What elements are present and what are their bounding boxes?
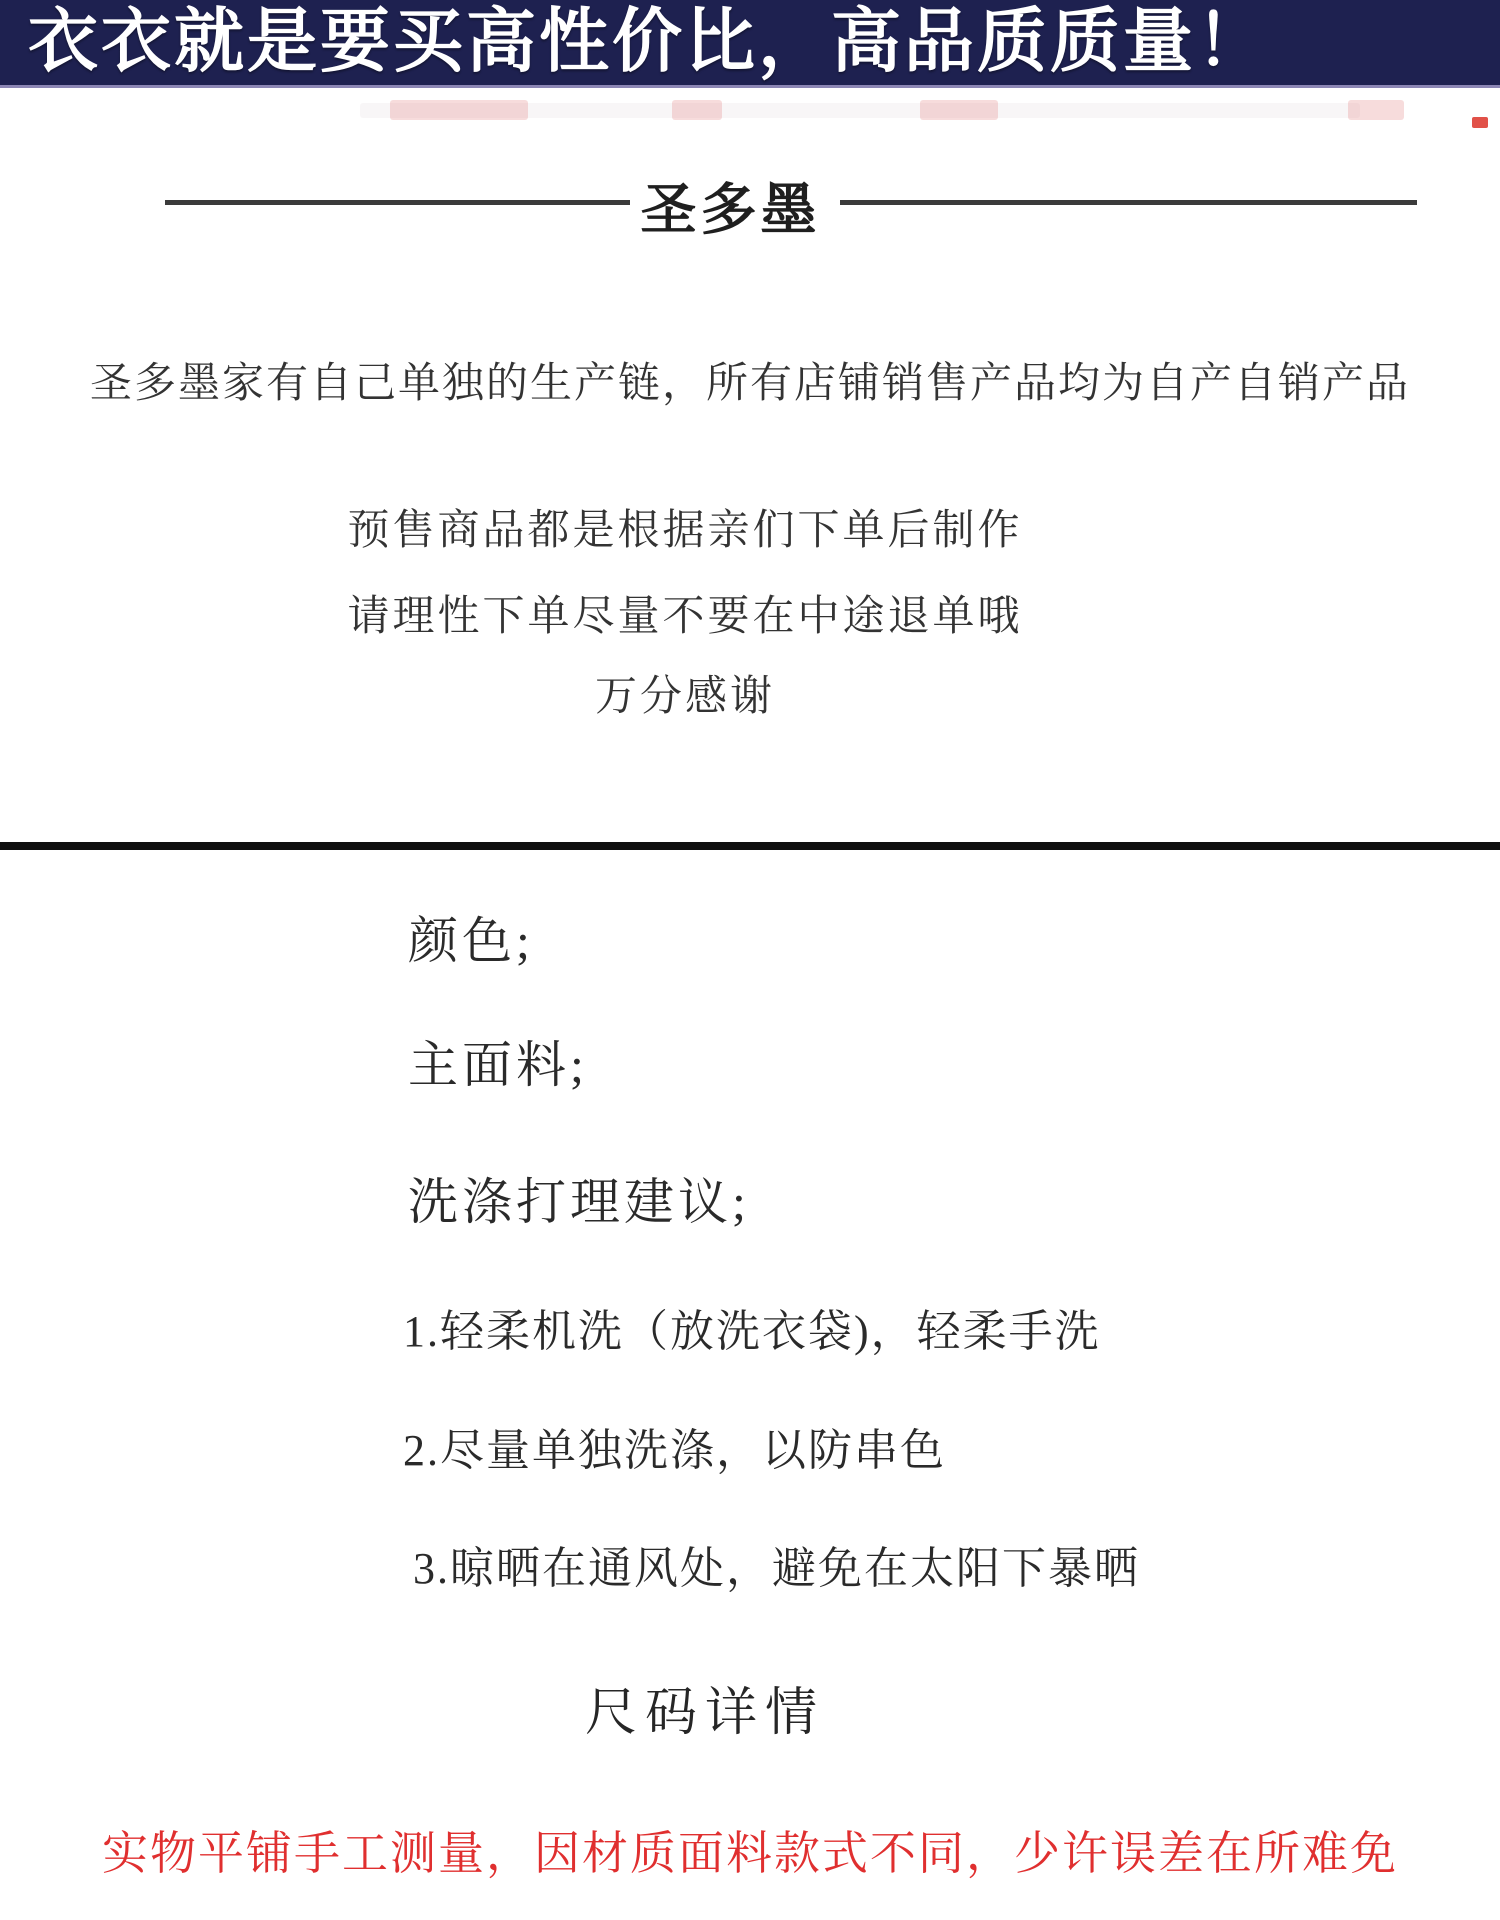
fabric-label: 主面料; [408, 1025, 588, 1097]
red-speck-artifact [1472, 117, 1488, 128]
care-advice-label: 洗涤打理建议; [408, 1162, 750, 1234]
care-item-3: 3.晾晒在通风处，避免在太阳下暴晒 [413, 1532, 1140, 1596]
faded-text-artifact [1348, 100, 1404, 120]
care-item-1: 1.轻柔机洗（放洗衣袋)，轻柔手洗 [403, 1295, 1101, 1359]
brand-name: 圣多墨 [628, 166, 833, 246]
faded-text-artifact [672, 100, 722, 120]
divider-line-left [165, 200, 630, 205]
promo-banner: 衣衣就是要买高性价比，高品质质量！ [0, 0, 1500, 88]
product-description-page: 衣衣就是要买高性价比，高品质质量！ 圣多墨 圣多墨家有自己单独的生产链，所有店铺… [0, 0, 1500, 1920]
faded-text-artifact [390, 100, 528, 120]
intro-thanks-line: 万分感谢 [0, 663, 1370, 723]
size-details-title: 尺码详情 [0, 1670, 1410, 1745]
intro-no-cancel-line: 请理性下单尽量不要在中途退单哦 [0, 583, 1370, 643]
intro-production-line: 圣多墨家有自己单独的生产链，所有店铺销售产品均为自产自销产品 [0, 350, 1500, 410]
care-item-2: 2.尽量单独洗涤，以防串色 [403, 1414, 946, 1478]
faded-text-artifact [920, 100, 998, 120]
measurement-note: 实物平铺手工测量，因材质面料款式不同，少许误差在所难免 [0, 1817, 1500, 1883]
divider-line-right [840, 200, 1417, 205]
section-divider [0, 842, 1500, 850]
intro-presale-line: 预售商品都是根据亲们下单后制作 [0, 497, 1370, 557]
color-label: 颜色; [408, 901, 534, 973]
